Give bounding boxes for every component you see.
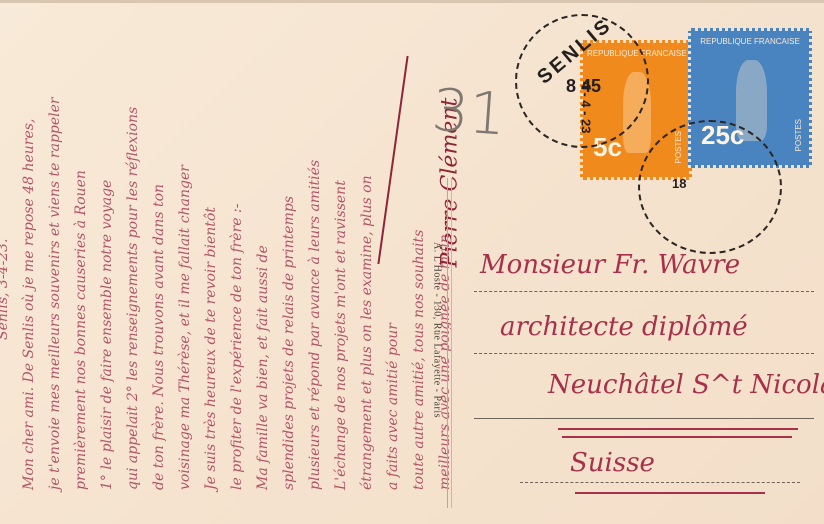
message-line: qui appelait 2° les renseignements pour …: [120, 10, 146, 490]
postmark-second-time: 18: [672, 176, 686, 191]
divider-line-2: [451, 178, 452, 508]
message-line: L'échange de nos projets m'ont et raviss…: [328, 10, 354, 490]
message-line: étrangement et plus on les examine, plus…: [354, 10, 380, 490]
message-line: voisinage ma Thérèse, et il me fallait c…: [172, 10, 198, 490]
address-rule-2: [474, 353, 814, 354]
address-rule-3: [474, 418, 814, 419]
message-line: de ton frère. Nous trouvons avant dans t…: [146, 10, 172, 490]
address-line-2: architecte diplômé: [500, 312, 748, 342]
stamp-header: REPUBLIQUE FRANCAISE: [695, 37, 805, 46]
message-line: plusieurs et répond par avance à leurs a…: [302, 10, 328, 490]
handwritten-message: Senlis, 3-4-23. Mon cher ami. De Senlis …: [0, 10, 390, 490]
stamp-side-text: POSTES: [794, 119, 803, 151]
message-line: toute autre amitié, tous nos souhaits: [406, 10, 432, 490]
address-line-1: Monsieur Fr. Wavre: [480, 250, 740, 280]
underline-3: [575, 492, 765, 494]
message-line: 1° le plaisir de faire ensemble notre vo…: [94, 10, 120, 490]
address-line-4: Suisse: [570, 448, 655, 478]
message-line: Mon cher ami. De Senlis où je me repose …: [16, 10, 42, 490]
address-rule-1: [474, 291, 814, 292]
underline-1: [558, 428, 798, 430]
underline-2: [562, 436, 792, 438]
message-line: premièrement nos bonnes causeries à Roue…: [68, 10, 94, 490]
message-line: splendides projets de relais de printemp…: [276, 10, 302, 490]
message-date: Senlis, 3-4-23.: [0, 10, 16, 490]
postmark-second: [638, 120, 782, 254]
message-line: Je suis très heureux de te revoir bientô…: [198, 10, 224, 490]
message-line: je t'envoie mes meilleurs souvenirs et v…: [42, 10, 68, 490]
message-line: le profiter de l'expérience de ton frère…: [224, 10, 250, 490]
pencil-number: 31: [430, 76, 508, 149]
message-line: Ma famille va bien, et fait aussi de: [250, 10, 276, 490]
address-rule-4: [520, 482, 800, 483]
divider-line: [447, 178, 448, 508]
postcard: Senlis, 3-4-23. Mon cher ami. De Senlis …: [0, 0, 824, 524]
postmark-date: 4 - 4 - 23: [579, 81, 594, 133]
address-line-3: Neuchâtel S^t Nicolas: [548, 370, 824, 400]
publisher-imprint: A. L'Hoste - 130, Rue Lafayette - Paris: [432, 242, 443, 418]
top-edge: [0, 0, 824, 3]
